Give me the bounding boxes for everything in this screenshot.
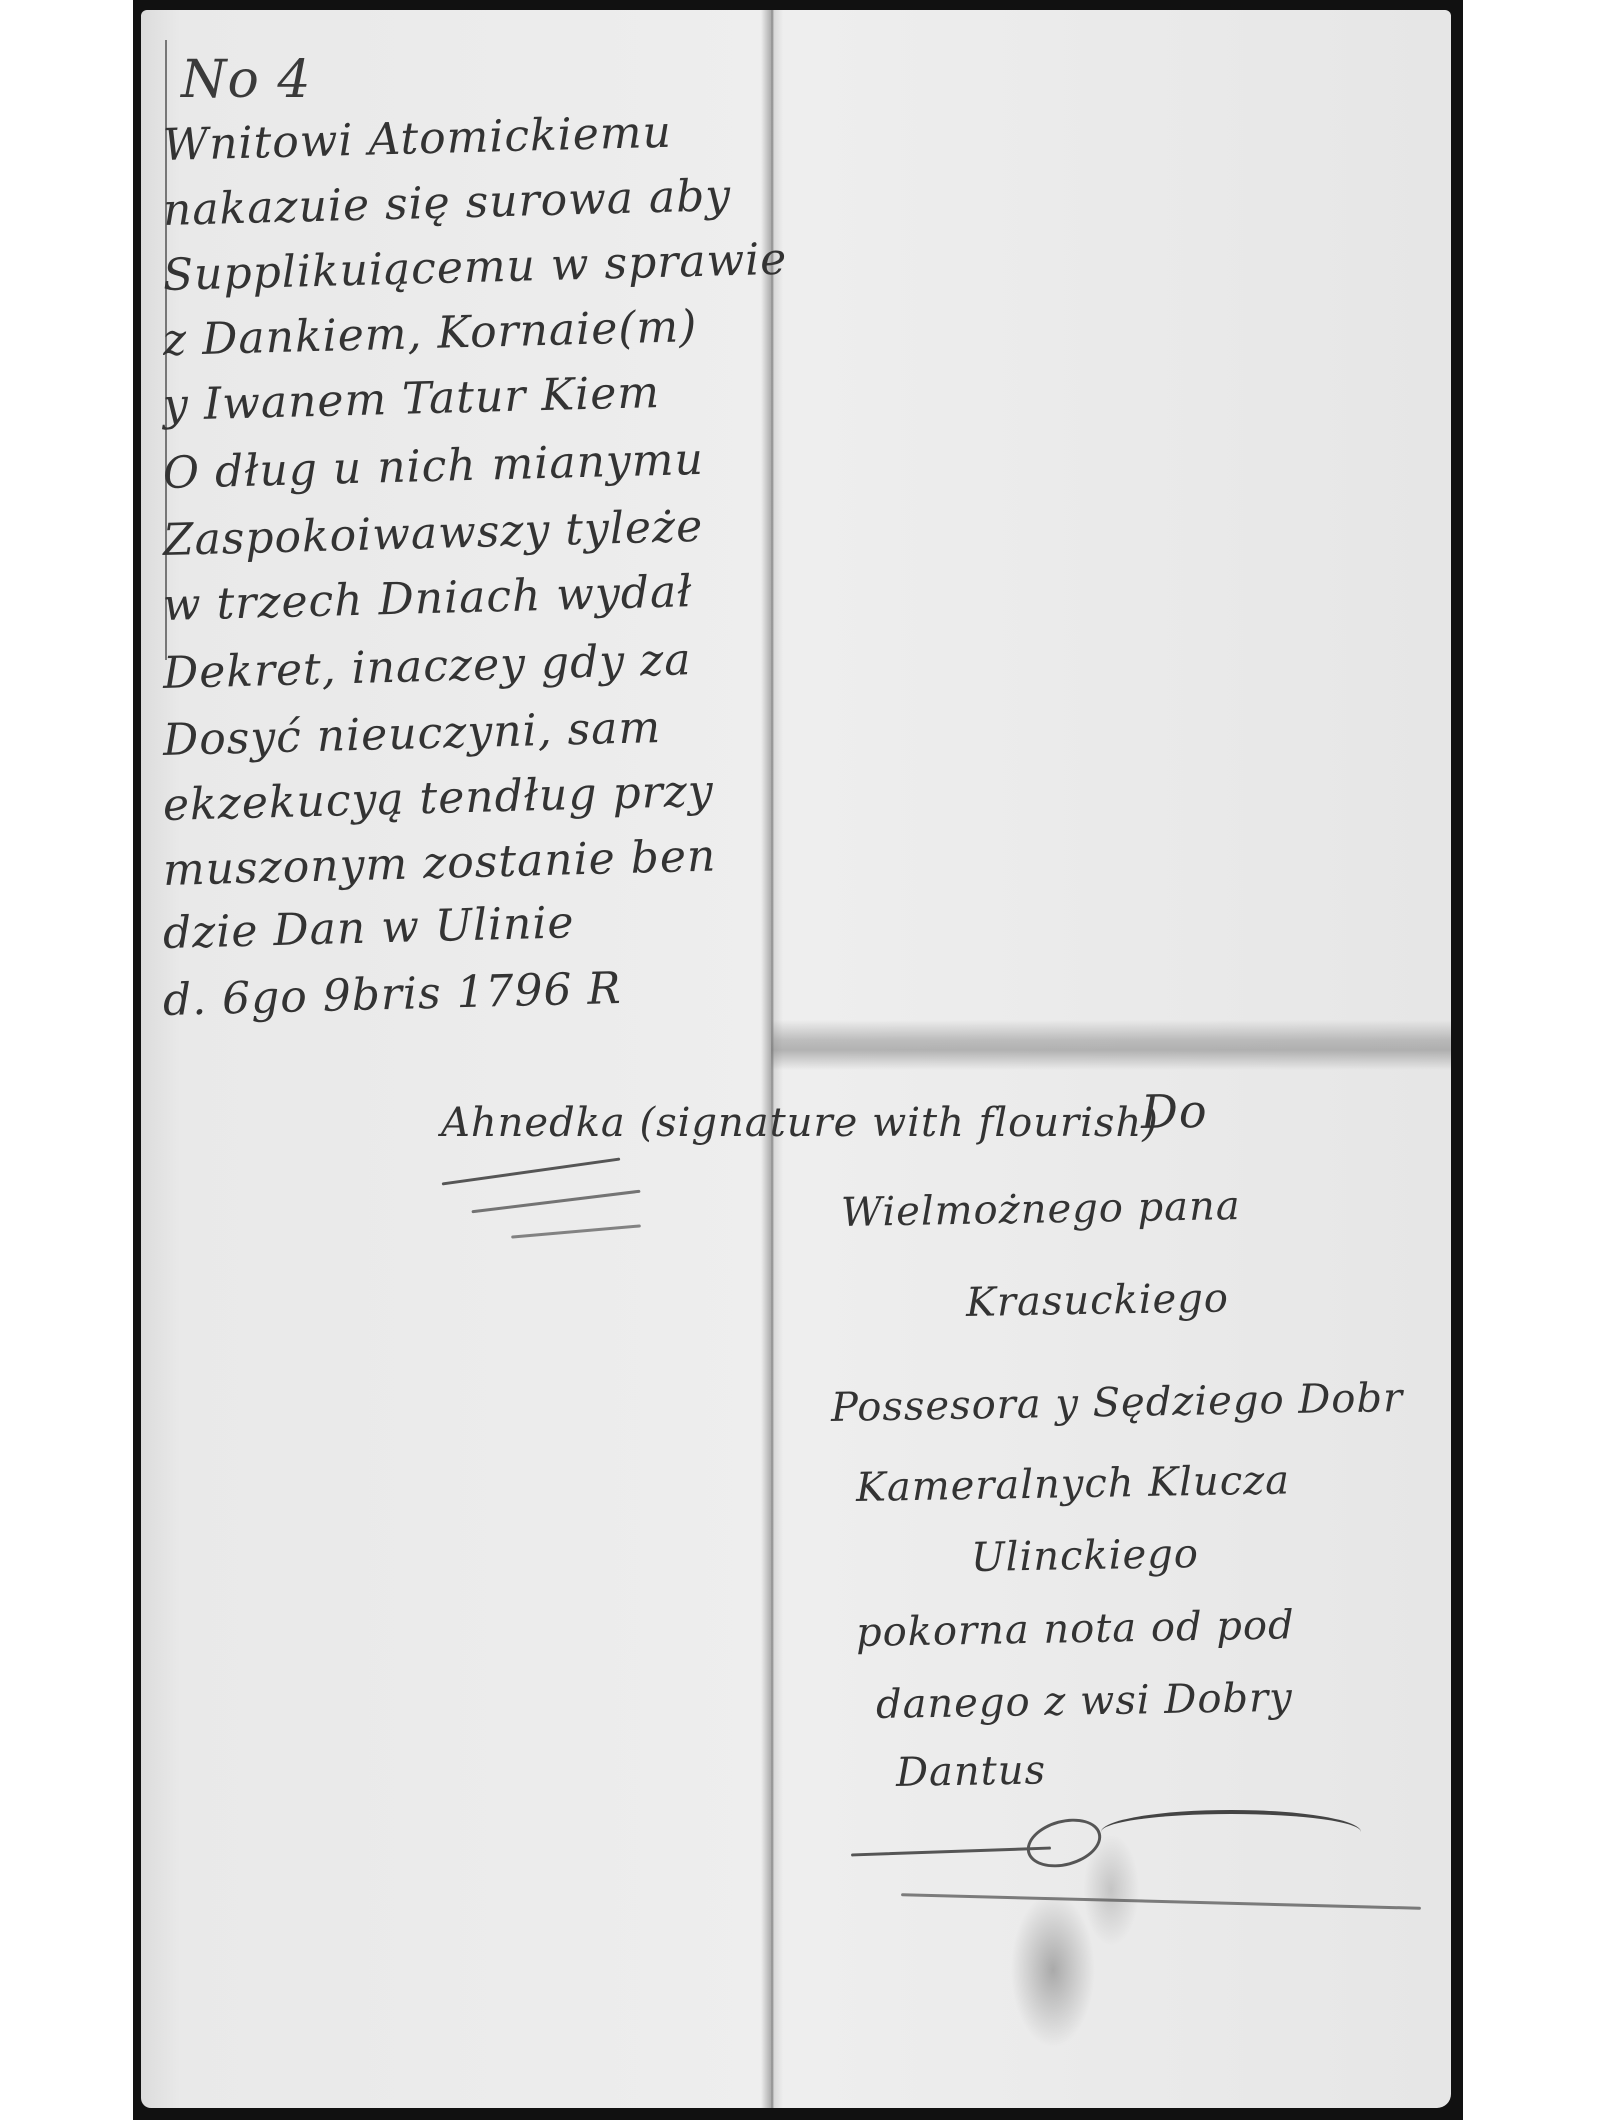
text-line: muszonym zostanie ben: [162, 831, 717, 896]
text-line: ekzekucyą tendług przy: [162, 766, 714, 831]
address-line: danego z wsi Dobry: [876, 1675, 1294, 1728]
flourish-stroke: [851, 1847, 1051, 1857]
horizontal-fold-crease: [771, 1020, 1451, 1070]
text-line: Zaspokoiwawszy tyleże: [162, 501, 703, 566]
signature-flourish-stroke: [442, 1157, 621, 1185]
date-line: d. 6go 9bris 1796 R: [162, 963, 622, 1026]
underline-stroke: [901, 1893, 1421, 1910]
text-line: z Dankiem, Kornaie(m): [162, 301, 698, 366]
address-line: Wielmożnego pana: [841, 1183, 1241, 1236]
address-line: Kameralnych Klucza: [856, 1457, 1291, 1511]
text-line: Dekret, inaczey gdy za: [162, 634, 692, 699]
flourish-curve: [1101, 1810, 1361, 1854]
signature-text: Ahnedka (signature with flourish): [441, 1100, 1159, 1146]
flourish-loop: [1021, 1811, 1106, 1875]
address-line: Ulinckiego: [971, 1531, 1200, 1581]
paper-sheet: No 4 Wnitowi Atomickiemu nakazuie się su…: [141, 10, 1451, 2108]
text-line: O dług u nich mianymu: [162, 434, 704, 499]
address-line: pokorna nota od pod: [856, 1602, 1295, 1656]
text-line: dzie Dan w Ulinie: [162, 897, 575, 959]
address-line: Dantus: [896, 1747, 1047, 1796]
text-line: Dosyć nieuczyni, sam: [162, 702, 661, 766]
text-line: nakazuie się surowa aby: [162, 170, 731, 236]
address-line: Krasuckiego: [966, 1275, 1230, 1326]
folio-mark: No 4: [181, 50, 311, 110]
scanned-document: No 4 Wnitowi Atomickiemu nakazuie się su…: [133, 0, 1463, 2120]
address-line: Do: [1141, 1084, 1209, 1139]
address-line: Possesora y Sędziego Dobr: [831, 1375, 1404, 1431]
text-line: w trzech Dniach wydał: [162, 566, 693, 631]
text-line: y Iwanem Tatur Kiem: [162, 367, 660, 431]
text-line: Supplikuiącemu w sprawie: [162, 234, 788, 301]
signature-flourish-stroke: [471, 1190, 640, 1214]
text-line: Wnitowi Atomickiemu: [162, 107, 672, 171]
signature-flourish-stroke: [511, 1224, 641, 1238]
